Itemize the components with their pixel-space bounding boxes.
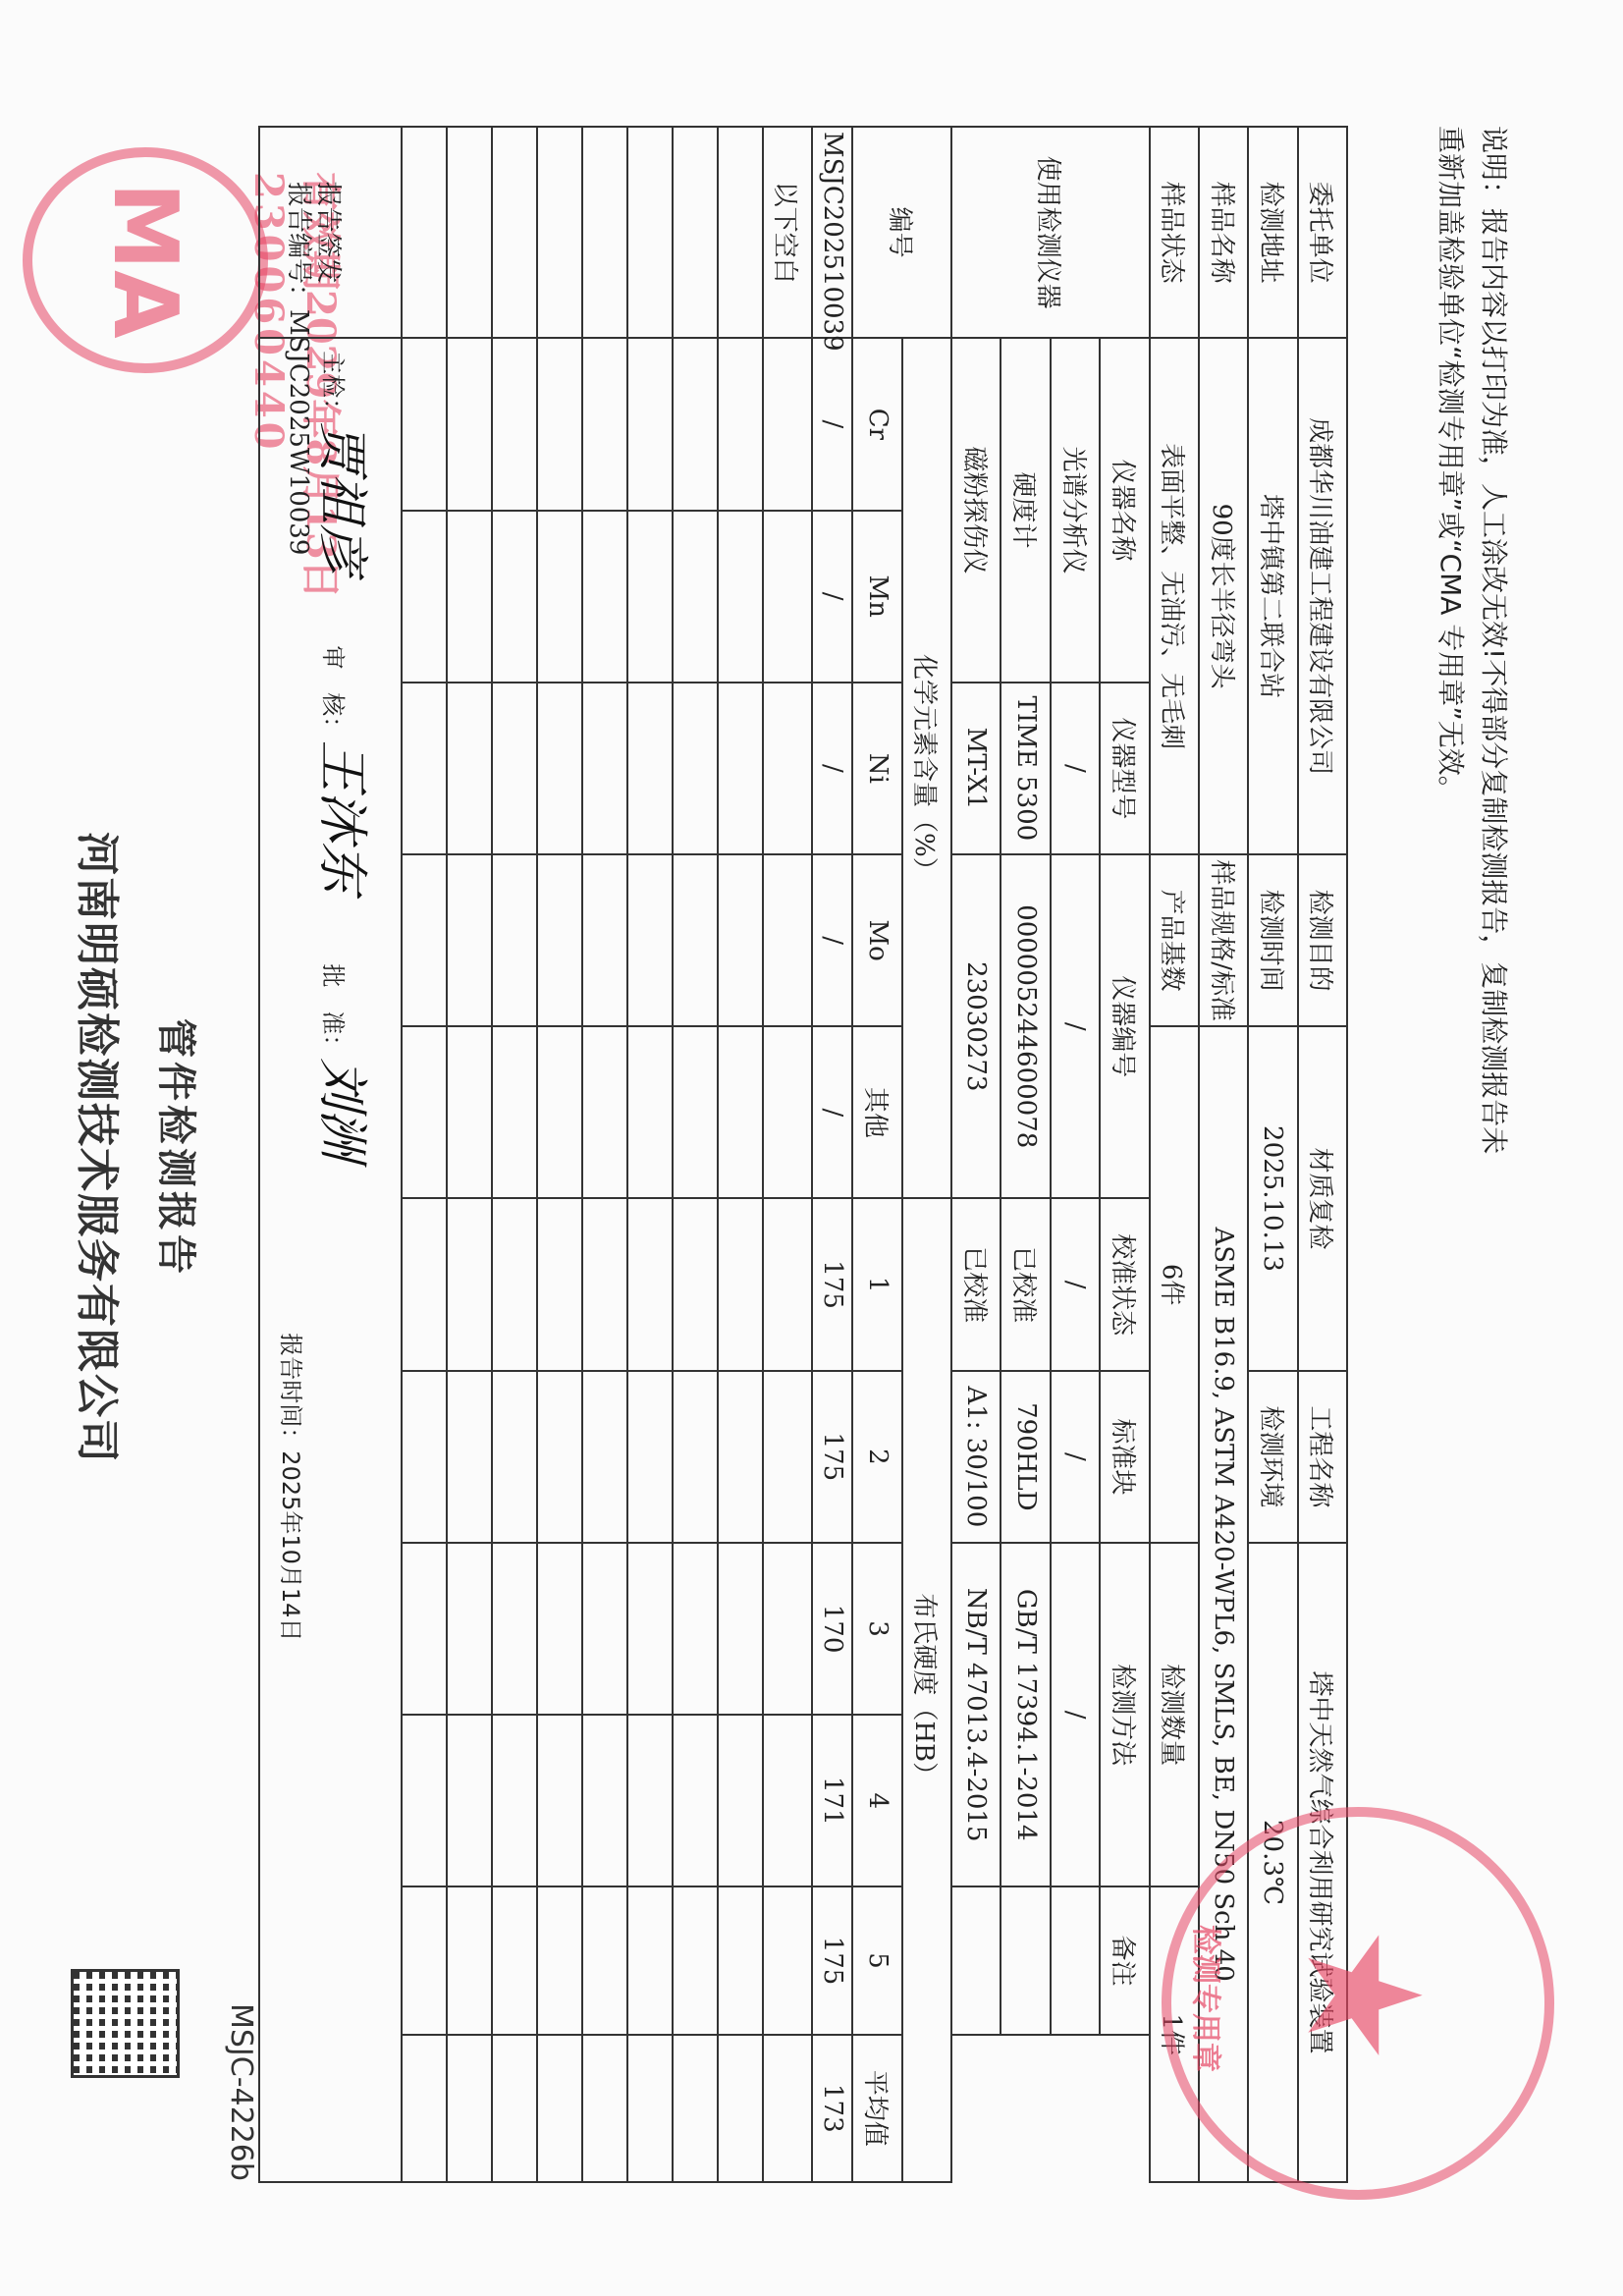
purpose-value: 材质复检 bbox=[1298, 1026, 1347, 1370]
table-cell: / bbox=[812, 338, 852, 510]
table-cell bbox=[673, 1026, 718, 1198]
table-cell bbox=[537, 1198, 582, 1370]
table-cell: 磁粉探伤仪 bbox=[951, 338, 1001, 682]
table-cell bbox=[627, 2035, 673, 2182]
table-cell bbox=[447, 338, 492, 510]
table-cell bbox=[718, 1543, 763, 1715]
seal-label: 检测专用章 bbox=[1187, 1836, 1230, 2160]
table-cell bbox=[582, 854, 627, 1026]
table-cell bbox=[582, 127, 627, 338]
table-cell: / bbox=[812, 1026, 852, 1198]
table-cell bbox=[582, 511, 627, 683]
table-cell: 样品状态 bbox=[1150, 127, 1199, 338]
instrument-row: 硬度计TIME 5300000005244600078已校准790HLDGB/T… bbox=[1001, 127, 1050, 2182]
table-cell bbox=[627, 1715, 673, 1886]
table-cell bbox=[763, 511, 812, 683]
table-cell: 2 bbox=[852, 1371, 901, 1543]
table-cell bbox=[673, 854, 718, 1026]
table-cell bbox=[627, 1886, 673, 2034]
table-cell bbox=[402, 338, 447, 510]
table-cell bbox=[402, 1198, 447, 1370]
empty-row bbox=[402, 127, 447, 2182]
table-cell bbox=[718, 854, 763, 1026]
table-cell bbox=[492, 1543, 537, 1715]
table-cell bbox=[447, 511, 492, 683]
table-cell bbox=[447, 854, 492, 1026]
sample-id: 以下空白 bbox=[763, 127, 812, 338]
hb-header: 布氏硬度（HB） bbox=[902, 1198, 951, 2182]
table-cell: / bbox=[1051, 1371, 1100, 1543]
table-cell: 已校准 bbox=[951, 1198, 1001, 1370]
table-cell bbox=[492, 1886, 537, 2034]
table-cell bbox=[447, 1198, 492, 1370]
purpose-label: 检测目的 bbox=[1298, 854, 1347, 1026]
approver-label: 批 准： bbox=[319, 963, 347, 1058]
table-cell: / bbox=[1051, 854, 1100, 1198]
table-cell: Mn bbox=[852, 511, 901, 683]
reviewer-label: 审 核： bbox=[319, 645, 347, 739]
table-cell bbox=[718, 1371, 763, 1543]
table-cell bbox=[763, 1198, 812, 1370]
table-cell: 检测地址 bbox=[1248, 127, 1297, 338]
table-cell: 6件 bbox=[1150, 1026, 1199, 1543]
table-cell bbox=[763, 1543, 812, 1715]
table-cell bbox=[763, 1715, 812, 1886]
table-cell bbox=[582, 1371, 627, 1543]
table-cell bbox=[627, 1543, 673, 1715]
table-cell: 23030273 bbox=[951, 854, 1001, 1198]
instrument-row: 磁粉探伤仪MT-X123030273已校准A1: 30/100NB/T 4701… bbox=[951, 127, 1001, 2182]
inspector-label: 主检： bbox=[319, 351, 347, 421]
report-page: MA 230060440 有效期2029年8月13日 河南明硕检测技术服务有限公… bbox=[0, 0, 1623, 2296]
table-cell: / bbox=[1051, 1198, 1100, 1370]
table-cell: 4 bbox=[852, 1715, 901, 1886]
table-cell bbox=[951, 1886, 1001, 2034]
table-cell bbox=[402, 1886, 447, 2034]
table-cell bbox=[763, 683, 812, 854]
table-cell: NB/T 47013.4-2015 bbox=[951, 1543, 1001, 1886]
table-cell bbox=[402, 1026, 447, 1198]
instrument-header: 仪器型号 bbox=[1100, 683, 1149, 854]
table-cell bbox=[718, 1886, 763, 2034]
table-cell: 170 bbox=[812, 1543, 852, 1715]
table-cell bbox=[492, 2035, 537, 2182]
table-cell: 光谱分析仪 bbox=[1051, 338, 1100, 682]
instrument-header: 仪器编号 bbox=[1100, 854, 1149, 1198]
table-cell bbox=[673, 511, 718, 683]
table-cell bbox=[537, 1886, 582, 2034]
table-cell bbox=[718, 683, 763, 854]
instrument-row: 光谱分析仪///// bbox=[1051, 127, 1100, 2182]
table-cell bbox=[537, 1371, 582, 1543]
table-cell: A1: 30/100 bbox=[951, 1371, 1001, 1543]
table-cell bbox=[537, 854, 582, 1026]
table-cell bbox=[627, 1371, 673, 1543]
table-cell bbox=[673, 1886, 718, 2034]
table-cell bbox=[673, 127, 718, 338]
table-cell bbox=[492, 1026, 537, 1198]
reviewer-signature: 王沐东 bbox=[312, 739, 371, 893]
company-name: 河南明硕检测技术服务有限公司 bbox=[70, 0, 133, 2296]
empty-row bbox=[673, 127, 718, 2182]
table-cell: 检测时间 bbox=[1248, 854, 1297, 1026]
table-cell bbox=[492, 1715, 537, 1886]
table-cell: 已校准 bbox=[1001, 1198, 1050, 1370]
table-cell: 其他 bbox=[852, 1026, 901, 1198]
table-cell bbox=[1001, 1886, 1050, 2034]
table-cell bbox=[537, 338, 582, 510]
table-cell bbox=[582, 683, 627, 854]
table-cell bbox=[492, 338, 537, 510]
id-header: 编号 bbox=[852, 127, 951, 338]
table-cell: 检测数量 bbox=[1150, 1543, 1199, 1886]
table-cell: / bbox=[1051, 683, 1100, 854]
signoff-label: 报告签发 bbox=[259, 127, 402, 338]
table-cell bbox=[673, 338, 718, 510]
form-code: MSJC-4226b bbox=[224, 2003, 258, 2181]
table-cell bbox=[718, 1715, 763, 1886]
table-cell bbox=[718, 338, 763, 510]
table-cell bbox=[627, 511, 673, 683]
star-icon: ★ bbox=[1284, 1925, 1441, 2065]
table-cell bbox=[627, 338, 673, 510]
table-cell bbox=[627, 1026, 673, 1198]
table-cell: / bbox=[1051, 1543, 1100, 1886]
table-cell: 产品基数 bbox=[1150, 854, 1199, 1026]
table-cell bbox=[718, 1198, 763, 1370]
report-title: 管件检测报告 bbox=[151, 0, 207, 2296]
instrument-header: 标准块 bbox=[1100, 1371, 1149, 1543]
instrument-header: 校准状态 bbox=[1100, 1198, 1149, 1370]
table-cell bbox=[447, 1715, 492, 1886]
table-cell: 样品规格/标准 bbox=[1199, 854, 1248, 1026]
report-date: 2025年10月14日 bbox=[277, 1450, 304, 1641]
table-cell bbox=[627, 683, 673, 854]
table-cell bbox=[537, 1715, 582, 1886]
table-cell bbox=[763, 1886, 812, 2034]
row-results-group: 编号化学元素含量（%）布氏硬度（HB） bbox=[902, 127, 951, 2182]
empty-row bbox=[447, 127, 492, 2182]
table-cell bbox=[537, 2035, 582, 2182]
table-cell bbox=[718, 511, 763, 683]
table-cell bbox=[492, 854, 537, 1026]
table-cell bbox=[673, 2035, 718, 2182]
table-cell: TIME 5300 bbox=[1001, 683, 1050, 854]
table-cell bbox=[447, 2035, 492, 2182]
table-cell bbox=[492, 1371, 537, 1543]
table-cell: Mo bbox=[852, 854, 901, 1026]
table-cell bbox=[718, 2035, 763, 2182]
table-cell: 塔中镇第二联合站 bbox=[1248, 338, 1297, 854]
cma-stamp: MA bbox=[23, 147, 268, 373]
table-cell: 790HLD bbox=[1001, 1371, 1050, 1543]
row-results-sub: CrMnNiMo其他12345平均值 bbox=[852, 127, 901, 2182]
table-cell bbox=[537, 511, 582, 683]
table-cell bbox=[582, 1715, 627, 1886]
inspector-signature: 贾祖彦 bbox=[312, 421, 371, 574]
table-cell bbox=[537, 683, 582, 854]
table-cell bbox=[492, 127, 537, 338]
table-cell bbox=[402, 1543, 447, 1715]
instrument-header: 仪器名称 bbox=[1100, 338, 1149, 682]
table-cell bbox=[673, 1371, 718, 1543]
empty-row bbox=[627, 127, 673, 2182]
table-cell bbox=[402, 2035, 447, 2182]
report-date-label: 报告时间： bbox=[277, 1333, 304, 1450]
table-cell bbox=[402, 1715, 447, 1886]
table-cell bbox=[718, 127, 763, 338]
table-cell bbox=[582, 1198, 627, 1370]
chem-header: 化学元素含量（%） bbox=[902, 338, 951, 1198]
row-signoff: 报告签发主检：贾祖彦 审 核：王沐东 批 准：刘洲报告时间：2025年10月14… bbox=[259, 127, 402, 2182]
table-cell: GB/T 17394.1-2014 bbox=[1001, 1543, 1050, 1886]
client-label: 委托单位 bbox=[1298, 127, 1347, 338]
empty-row bbox=[492, 127, 537, 2182]
row-instr-head: 使用检测仪器仪器名称仪器型号仪器编号校准状态标准块检测方法备注 bbox=[1100, 127, 1149, 2182]
table-cell: 3 bbox=[852, 1543, 901, 1715]
table-cell bbox=[447, 1026, 492, 1198]
table-cell bbox=[492, 1198, 537, 1370]
table-cell: 1 bbox=[852, 1198, 901, 1370]
table-cell: 000005244600078 bbox=[1001, 854, 1050, 1198]
approver-signature: 刘洲 bbox=[312, 1058, 371, 1160]
table-cell: Cr bbox=[852, 338, 901, 510]
table-cell bbox=[402, 511, 447, 683]
table-cell bbox=[582, 2035, 627, 2182]
table-cell: 检测环境 bbox=[1248, 1371, 1297, 1543]
table-cell bbox=[763, 1371, 812, 1543]
result-row: 以下空白 bbox=[763, 127, 812, 2182]
instrument-header: 检测方法 bbox=[1100, 1543, 1149, 1886]
empty-row bbox=[718, 127, 763, 2182]
notes: 说明：报告内容以打印为准，人工涂改无效!不得部分复制检测报告，复制检测报告未 重… bbox=[1429, 126, 1515, 2183]
table-cell bbox=[402, 683, 447, 854]
table-cell: 5 bbox=[852, 1886, 901, 2034]
table-cell bbox=[447, 1886, 492, 2034]
table-cell: 2025.10.13 bbox=[1248, 1026, 1297, 1370]
project-label: 工程名称 bbox=[1298, 1371, 1347, 1543]
table-cell: 平均值 bbox=[852, 2035, 901, 2182]
table-cell: / bbox=[812, 683, 852, 854]
table-cell bbox=[627, 854, 673, 1026]
table-cell bbox=[763, 338, 812, 510]
table-cell bbox=[582, 1543, 627, 1715]
table-cell bbox=[582, 1886, 627, 2034]
table-cell bbox=[763, 854, 812, 1026]
table-cell bbox=[627, 1198, 673, 1370]
table-cell bbox=[402, 854, 447, 1026]
table-cell: 90度长半径弯头 bbox=[1199, 338, 1248, 854]
table-cell bbox=[763, 1026, 812, 1198]
table-cell bbox=[627, 127, 673, 338]
table-cell bbox=[763, 2035, 812, 2182]
table-cell bbox=[447, 683, 492, 854]
table-cell bbox=[582, 338, 627, 510]
report-table: 委托单位成都华川油建工程建设有限公司检测目的材质复检工程名称塔中天然气综合利用研… bbox=[258, 126, 1348, 2183]
table-cell: 表面平整、无油污、无毛刺 bbox=[1150, 338, 1199, 854]
table-cell: MT-X1 bbox=[951, 683, 1001, 854]
table-cell: / bbox=[812, 511, 852, 683]
table-cell bbox=[1051, 1886, 1100, 2034]
table-cell bbox=[402, 1371, 447, 1543]
note-line-1: 说明：报告内容以打印为准，人工涂改无效!不得部分复制检测报告，复制检测报告未 bbox=[1472, 126, 1515, 2183]
table-cell: 样品名称 bbox=[1199, 127, 1248, 338]
table-cell: / bbox=[812, 854, 852, 1026]
table-cell: 175 bbox=[812, 1886, 852, 2034]
note-line-2: 重新加盖检验单位“检测专用章”或“CMA 专用章”无效。 bbox=[1429, 126, 1472, 2183]
table-cell bbox=[402, 127, 447, 338]
table-cell: 175 bbox=[812, 1371, 852, 1543]
table-cell bbox=[718, 1026, 763, 1198]
table-cell: Ni bbox=[852, 683, 901, 854]
instruments-label: 使用检测仪器 bbox=[951, 127, 1149, 338]
table-cell: 175 bbox=[812, 1198, 852, 1370]
table-cell bbox=[673, 1715, 718, 1886]
table-cell bbox=[673, 683, 718, 854]
table-cell bbox=[537, 127, 582, 338]
table-cell bbox=[447, 1371, 492, 1543]
empty-row bbox=[582, 127, 627, 2182]
result-row: MSJC202510039/////175175170171175173 bbox=[812, 127, 852, 2182]
table-cell: 171 bbox=[812, 1715, 852, 1886]
sample-id: MSJC202510039 bbox=[812, 127, 852, 338]
client-value: 成都华川油建工程建设有限公司 bbox=[1298, 338, 1347, 854]
table-cell bbox=[447, 127, 492, 338]
table-cell: 173 bbox=[812, 2035, 852, 2182]
empty-row bbox=[537, 127, 582, 2182]
table-cell bbox=[673, 1198, 718, 1370]
table-cell: 硬度计 bbox=[1001, 338, 1050, 682]
table-cell bbox=[537, 1026, 582, 1198]
table-cell bbox=[582, 1026, 627, 1198]
table-cell bbox=[673, 1543, 718, 1715]
signoff-block: 主检：贾祖彦 审 核：王沐东 批 准：刘洲报告时间：2025年10月14日 bbox=[259, 338, 402, 2182]
qr-code-icon bbox=[71, 1969, 180, 2078]
table-cell bbox=[537, 1543, 582, 1715]
table-cell bbox=[492, 511, 537, 683]
table-cell bbox=[447, 1543, 492, 1715]
instrument-header: 备注 bbox=[1100, 1886, 1149, 2034]
table-cell bbox=[492, 683, 537, 854]
